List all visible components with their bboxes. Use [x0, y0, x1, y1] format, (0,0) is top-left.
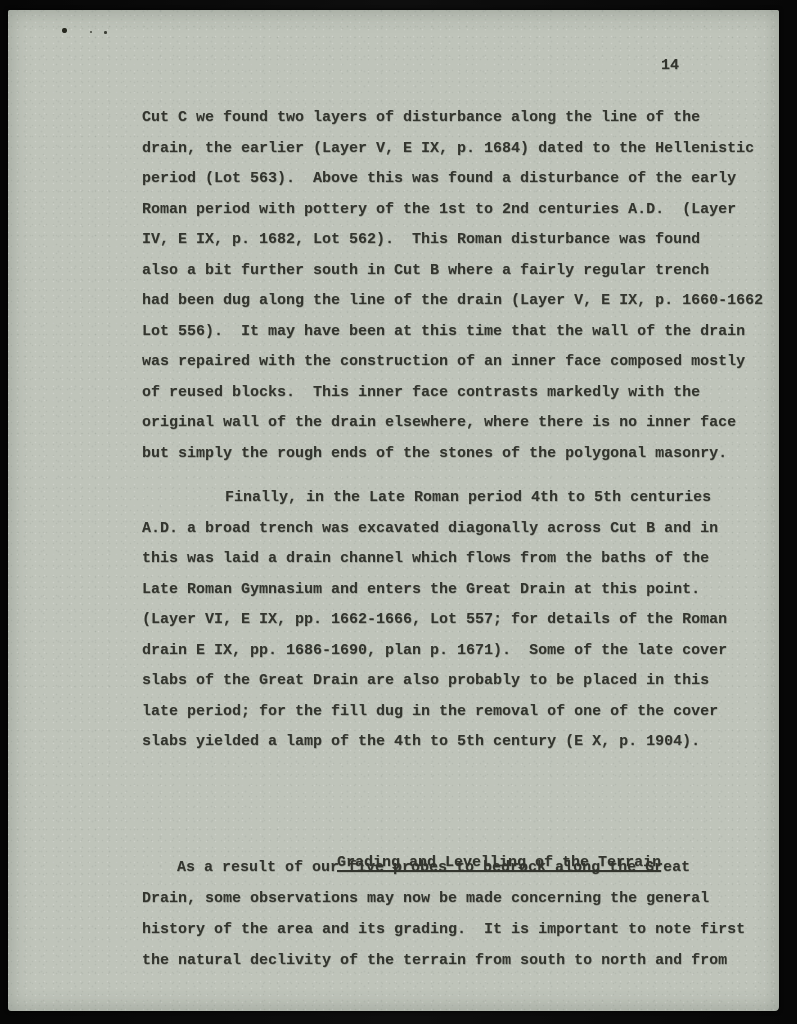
text-line: of reused blocks. This inner face contra…: [142, 378, 774, 409]
text-line: was repaired with the construction of an…: [142, 347, 774, 378]
text-line: drain E IX, pp. 1686-1690, plan p. 1671)…: [142, 636, 774, 667]
text-line: (Layer VI, E IX, pp. 1662-1666, Lot 557;…: [142, 605, 774, 636]
paragraph-late-roman-trench: Finally, in the Late Roman period 4th to…: [142, 483, 774, 758]
text-line: A.D. a broad trench was excavated diagon…: [142, 514, 774, 545]
text-line: period (Lot 563). Above this was found a…: [142, 164, 774, 195]
text-line: also a bit further south in Cut B where …: [142, 256, 774, 287]
paragraph-grading-observations: As a result of our five probes to bedroc…: [142, 852, 774, 976]
section-heading: Grading and Levelling of the Terrain: [142, 818, 774, 849]
page-number: 14: [661, 57, 679, 74]
text-line: slabs yielded a lamp of the 4th to 5th c…: [142, 727, 774, 758]
text-line: drain, the earlier (Layer V, E IX, p. 16…: [142, 134, 774, 165]
text-line: IV, E IX, p. 1682, Lot 562). This Roman …: [142, 225, 774, 256]
text-line: Drain, some observations may now be made…: [142, 883, 774, 914]
text-line: slabs of the Great Drain are also probab…: [142, 666, 774, 697]
text-line: late period; for the fill dug in the rem…: [142, 697, 774, 728]
text-line: As a result of our five probes to bedroc…: [142, 852, 774, 883]
text-line: Roman period with pottery of the 1st to …: [142, 195, 774, 226]
text-line: this was laid a drain channel which flow…: [142, 544, 774, 575]
text-line: the natural declivity of the terrain fro…: [142, 945, 774, 976]
text-line: but simply the rough ends of the stones …: [142, 439, 774, 470]
ink-speck: [90, 31, 92, 33]
text-line: original wall of the drain elsewhere, wh…: [142, 408, 774, 439]
text-line: Finally, in the Late Roman period 4th to…: [142, 483, 774, 514]
text-line: Late Roman Gymnasium and enters the Grea…: [142, 575, 774, 606]
document-page: 14 Cut C we found two layers of disturba…: [8, 10, 779, 1011]
ink-speck: [62, 28, 67, 33]
text-line: history of the area and its grading. It …: [142, 914, 774, 945]
ink-speck: [104, 31, 107, 34]
paragraph-drain-disturbance: Cut C we found two layers of disturbance…: [142, 103, 774, 469]
text-line: had been dug along the line of the drain…: [142, 286, 774, 317]
text-line: Lot 556). It may have been at this time …: [142, 317, 774, 348]
text-column: Cut C we found two layers of disturbance…: [142, 103, 774, 976]
text-line: Cut C we found two layers of disturbance…: [142, 103, 774, 134]
scanner-background: 14 Cut C we found two layers of disturba…: [0, 0, 797, 1024]
